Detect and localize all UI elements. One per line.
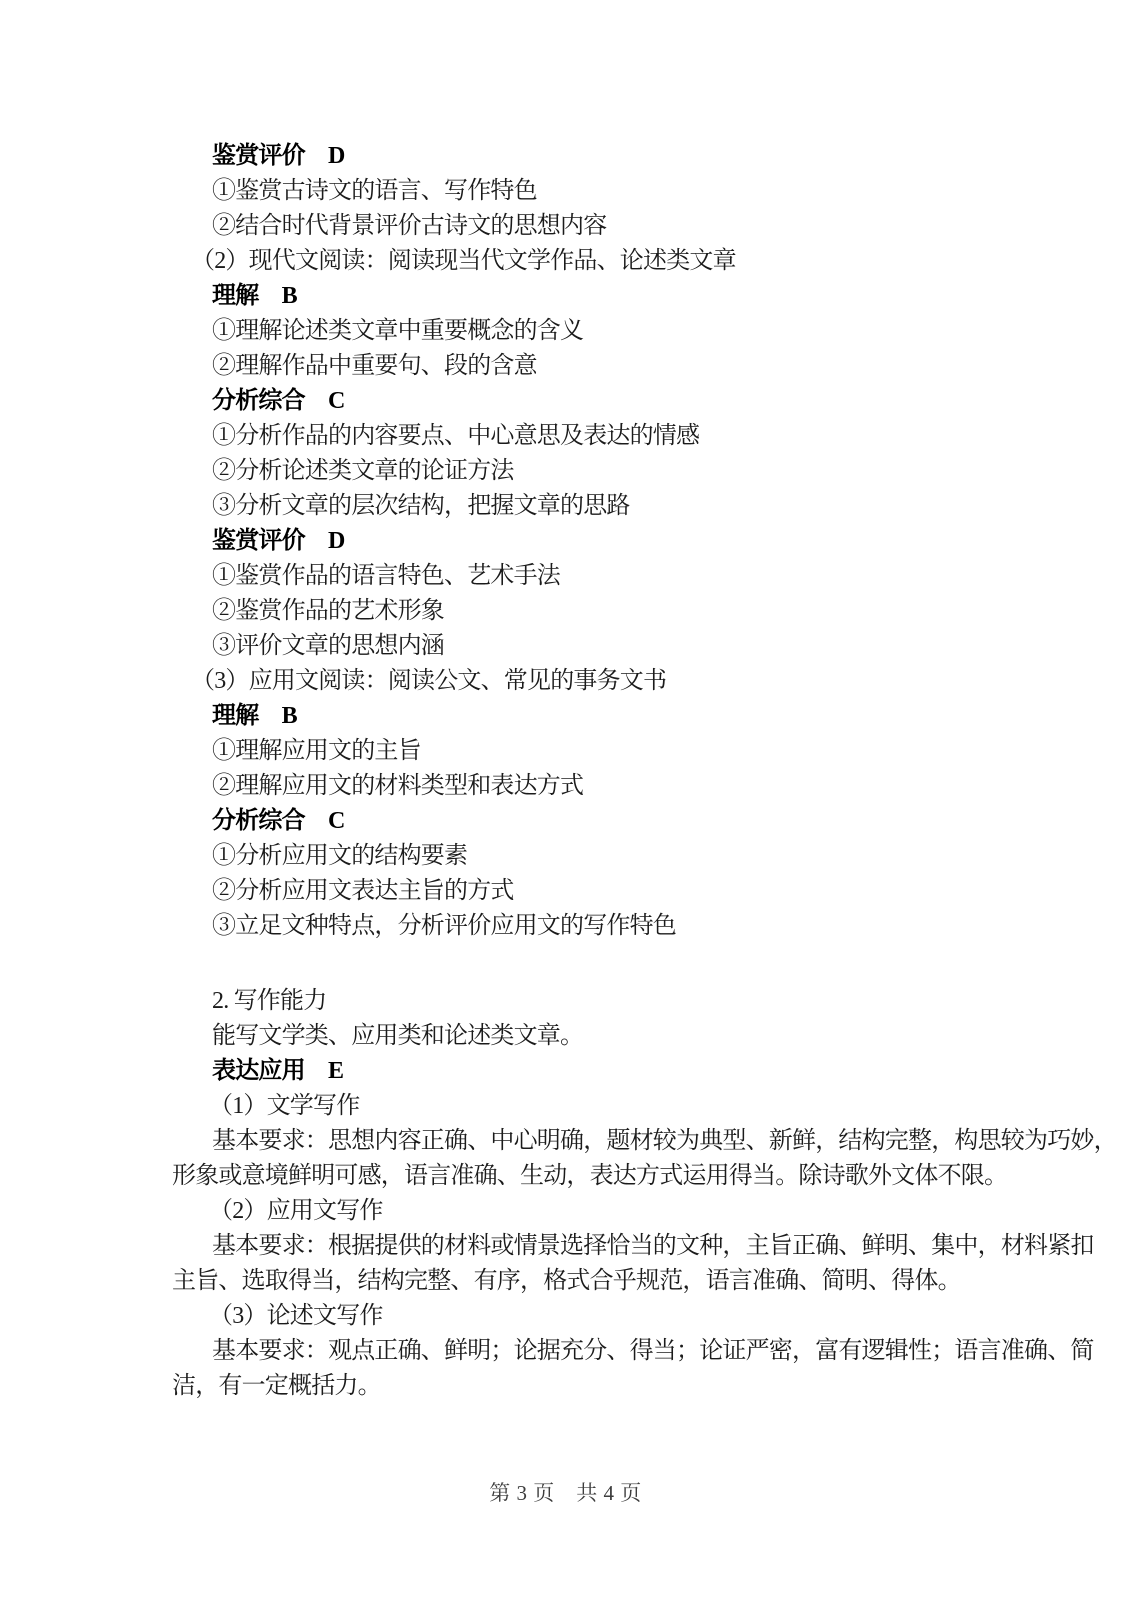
section-heading: 理解 B	[212, 279, 987, 314]
doc-line: ③评价文章的思想内涵	[212, 629, 987, 664]
doc-line: 主旨、选取得当，结构完整、有序，格式合乎规范，语言准确、简明、得体。	[172, 1264, 987, 1299]
section-heading: 分析综合 C	[212, 384, 987, 419]
doc-line: 基本要求：思想内容正确、中心明确，题材较为典型、新鲜，结构完整，构思较为巧妙，	[212, 1124, 987, 1159]
document-page: 鉴赏评价 D①鉴赏古诗文的语言、写作特色②结合时代背景评价古诗文的思想内容（2）…	[0, 0, 1131, 1600]
doc-line: 基本要求：根据提供的材料或情景选择恰当的文种，主旨正确、鲜明、集中，材料紧扣	[212, 1229, 987, 1264]
section-heading: 鉴赏评价 D	[212, 524, 987, 559]
doc-line: ①理解应用文的主旨	[212, 734, 987, 769]
section-heading: 理解 B	[212, 699, 987, 734]
section-heading: 分析综合 C	[212, 804, 987, 839]
doc-line: 形象或意境鲜明可感，语言准确、生动，表达方式运用得当。除诗歌外文体不限。	[172, 1159, 987, 1194]
doc-line: （1）文学写作	[209, 1089, 987, 1124]
blank-line	[172, 944, 987, 984]
doc-line: ①鉴赏作品的语言特色、艺术手法	[212, 559, 987, 594]
doc-line: ③分析文章的层次结构，把握文章的思路	[212, 489, 987, 524]
document-body: 鉴赏评价 D①鉴赏古诗文的语言、写作特色②结合时代背景评价古诗文的思想内容（2）…	[172, 139, 987, 1404]
doc-line: ②结合时代背景评价古诗文的思想内容	[212, 209, 987, 244]
doc-line: （3）应用文阅读：阅读公文、常见的事务文书	[191, 664, 987, 699]
doc-line: 基本要求：观点正确、鲜明；论据充分、得当；论证严密，富有逻辑性；语言准确、简	[212, 1334, 987, 1369]
doc-line: ②分析论述类文章的论证方法	[212, 454, 987, 489]
page-footer: 第 3 页 共 4 页	[0, 1477, 1131, 1507]
doc-line: ②理解应用文的材料类型和表达方式	[212, 769, 987, 804]
doc-line: ③立足文种特点，分析评价应用文的写作特色	[212, 909, 987, 944]
doc-line: 能写文学类、应用类和论述类文章。	[212, 1019, 987, 1054]
doc-line: ①理解论述类文章中重要概念的含义	[212, 314, 987, 349]
doc-line: ①分析应用文的结构要素	[212, 839, 987, 874]
section-heading: 鉴赏评价 D	[212, 139, 987, 174]
doc-line: ①分析作品的内容要点、中心意思及表达的情感	[212, 419, 987, 454]
doc-line: 2. 写作能力	[212, 984, 987, 1019]
doc-line: ②理解作品中重要句、段的含意	[212, 349, 987, 384]
doc-line: ②分析应用文表达主旨的方式	[212, 874, 987, 909]
doc-line: ①鉴赏古诗文的语言、写作特色	[212, 174, 987, 209]
doc-line: （2）应用文写作	[209, 1194, 987, 1229]
doc-line: ②鉴赏作品的艺术形象	[212, 594, 987, 629]
doc-line: 洁，有一定概括力。	[172, 1369, 987, 1404]
doc-line: （2）现代文阅读：阅读现当代文学作品、论述类文章	[191, 244, 987, 279]
section-heading: 表达应用 E	[212, 1054, 987, 1089]
doc-line: （3）论述文写作	[209, 1299, 987, 1334]
